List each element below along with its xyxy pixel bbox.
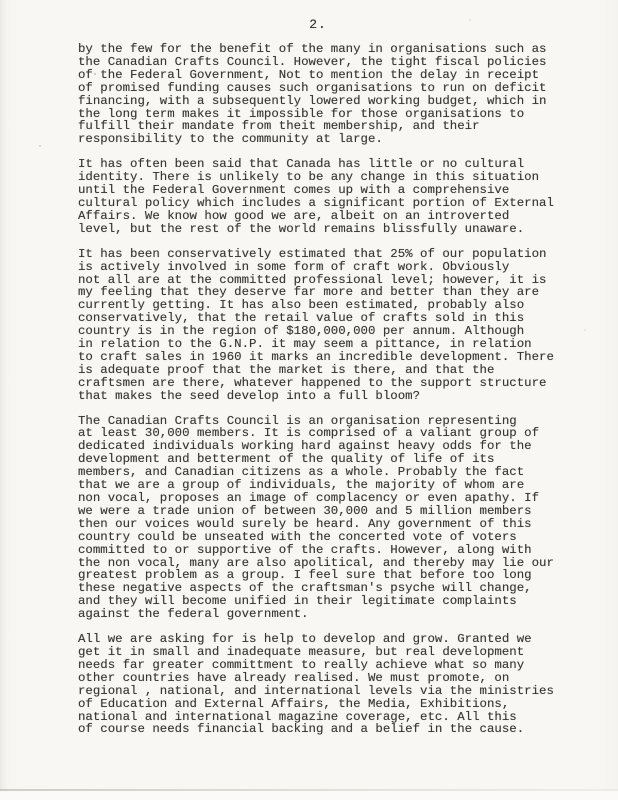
paragraph-3: It has been conservatively estimated tha… xyxy=(78,248,578,403)
paragraph-5: All we are asking for is help to develop… xyxy=(78,633,578,736)
scan-background-strip xyxy=(0,791,618,800)
paragraph-1: by the few for the benefit of the many i… xyxy=(78,43,578,146)
page-number: 2. xyxy=(78,17,558,32)
paragraph-2: It has often been said that Canada has l… xyxy=(78,158,578,235)
document-body: by the few for the benefit of the many i… xyxy=(78,43,578,748)
document-page: 2. by the few for the benefit of the man… xyxy=(0,0,618,800)
paragraph-4: The Canadian Crafts Council is an organi… xyxy=(78,415,578,622)
